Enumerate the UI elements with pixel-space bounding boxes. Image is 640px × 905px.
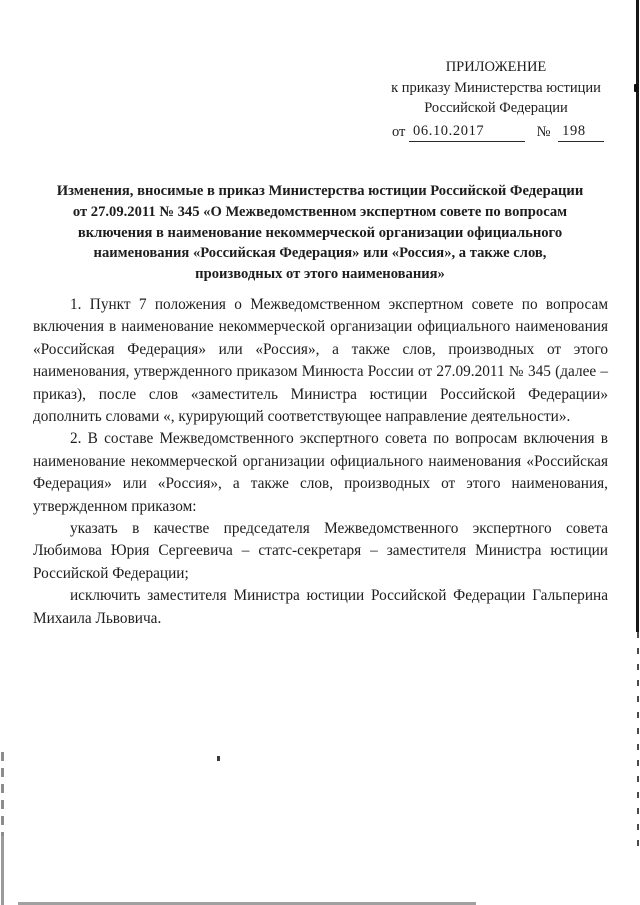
scan-artifact-right-edge-dashes — [637, 632, 639, 852]
title-line-5: производных от этого наименования» — [195, 266, 445, 282]
title-line-3: включения в наименование некоммерческой … — [78, 225, 562, 241]
order-date-value: 06.10.2017 — [409, 121, 525, 143]
approval-header-rf: Российской Федерации — [368, 98, 624, 119]
approval-header-appendix: ПРИЛОЖЕНИЕ — [368, 57, 624, 78]
scan-artifact-right-edge-blob — [634, 84, 639, 92]
document-page: ПРИЛОЖЕНИЕ к приказу Министерства юстици… — [0, 0, 640, 905]
scan-artifact-left-edge-dashes — [1, 752, 4, 836]
paragraph-appoint-chairman: указать в качестве председателя Межведом… — [33, 518, 608, 585]
document-title: Изменения, вносимые в приказ Министерств… — [30, 181, 610, 285]
title-line-4: наименования «Российская Федерация» или … — [94, 245, 547, 261]
scan-artifact-left-edge-line — [1, 836, 4, 905]
approval-header: ПРИЛОЖЕНИЕ к приказу Министерства юстици… — [368, 57, 624, 142]
title-line-2: от 27.09.2011 № 345 «О Межведомственном … — [73, 204, 567, 220]
paragraph-item-2: 2. В составе Межведомственного экспертно… — [33, 428, 608, 518]
paragraph-item-1: 1. Пункт 7 положения о Межведомственном … — [33, 294, 608, 428]
date-prefix-label: от — [392, 124, 405, 140]
approval-header-order-of: к приказу Министерства юстиции — [368, 78, 624, 99]
order-number-value: 198 — [558, 121, 604, 143]
paragraph-exclude-member: исключить заместителя Министра юстиции Р… — [33, 585, 608, 630]
document-body: 1. Пункт 7 положения о Межведомственном … — [33, 294, 608, 630]
scan-artifact-speck — [217, 756, 220, 761]
number-sign-label: № — [537, 124, 551, 140]
approval-header-dateline: от 06.10.2017 № 198 — [368, 121, 624, 143]
scan-artifact-bottom-edge-line — [18, 902, 476, 905]
scan-artifact-right-edge-line — [636, 0, 639, 632]
title-line-1: Изменения, вносимые в приказ Министерств… — [57, 183, 584, 199]
